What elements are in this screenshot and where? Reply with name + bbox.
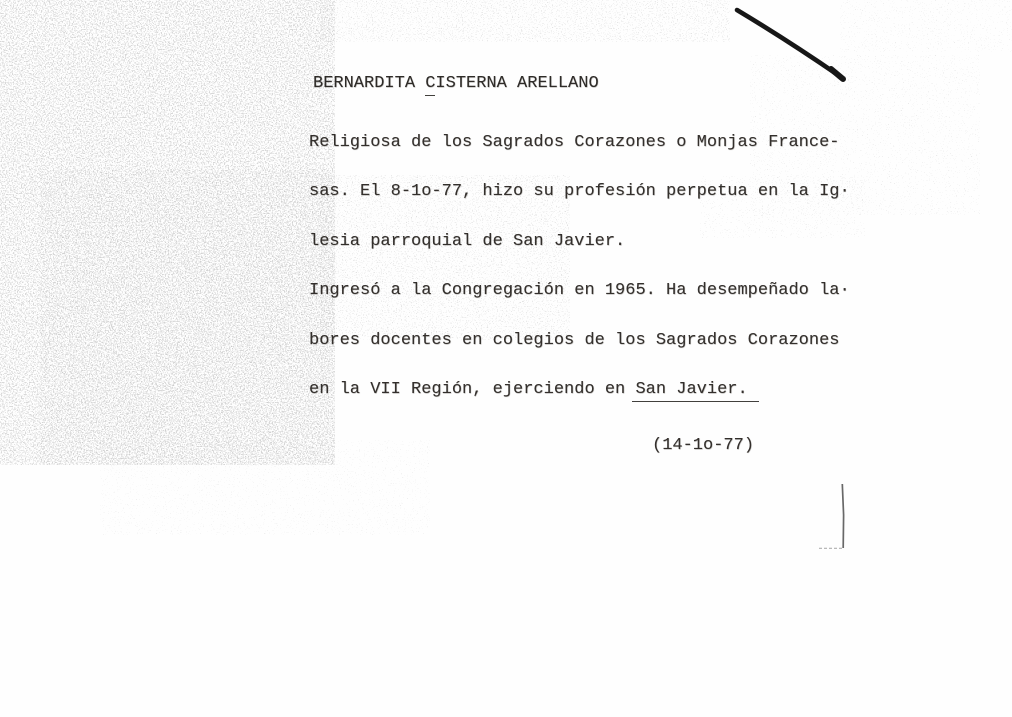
- scanned-document-page: BERNARDITA CISTERNA ARELLANO Religiosa d…: [0, 0, 1012, 717]
- body-line-6-prefix: en la VII Región, ejerciendo en: [309, 380, 635, 399]
- body-line-3: lesia parroquial de San Javier.: [309, 234, 850, 251]
- card-title: BERNARDITA CISTERNA ARELLANO: [309, 76, 850, 93]
- card-edge-line: [819, 484, 844, 548]
- typewritten-text-block: BERNARDITA CISTERNA ARELLANO Religiosa d…: [309, 43, 850, 487]
- body-line-2: sas. El 8-1o-77, hizo su profesión perpe…: [309, 184, 850, 201]
- body-line-5: bores docentes en colegios de los Sagrad…: [309, 333, 850, 350]
- card-title-underlined-initial: C: [425, 74, 435, 96]
- date-stamp: (14-1o-77): [652, 436, 754, 455]
- card-title-prefix: BERNARDITA: [313, 74, 425, 93]
- body-line-6: en la VII Región, ejerciendo en San Javi…: [309, 382, 850, 399]
- date-stamp-line: (14-1o-77): [309, 438, 850, 455]
- body-line-4: Ingresó a la Congregación en 1965. Ha de…: [309, 283, 850, 300]
- body-line-1: Religiosa de los Sagrados Corazones o Mo…: [309, 135, 850, 152]
- underlined-place-name: San Javier.: [632, 380, 758, 402]
- card-title-rest: ISTERNA ARELLANO: [435, 74, 598, 93]
